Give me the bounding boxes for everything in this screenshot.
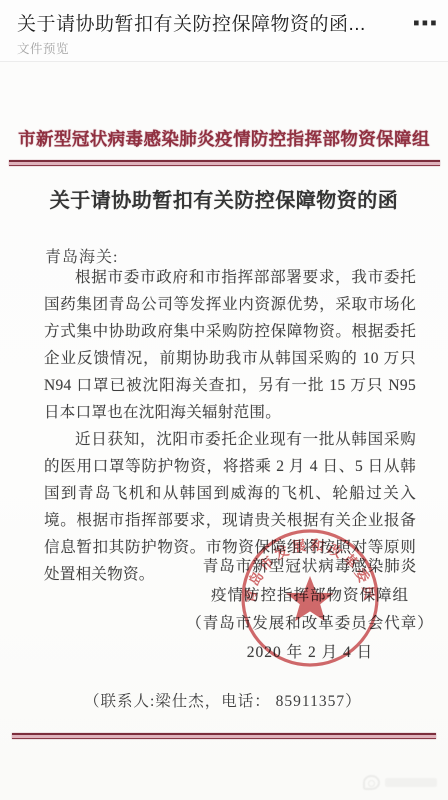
file-preview-label: 文件预览 [17,39,414,57]
watermark-text-blur [385,778,437,787]
signature-line-3: （青岛市发展和改革委员会代章） [150,610,448,639]
file-preview-screen: 关于请协助暂扣有关防控保障物资的函... 文件预览 ⋯ 市新型冠状病毒感染肺炎疫… [0,0,448,800]
file-title: 关于请协助暂扣有关防控保障物资的函... [17,9,414,36]
signature-date: 2020 年 2 月 4 日 [150,639,448,668]
app-header: 关于请协助暂扣有关防控保障物资的函... 文件预览 ⋯ [0,0,448,62]
contact-line: （联系人:梁仕杰，电话： 85911357） [84,689,362,711]
signature-block: 青岛市新型冠状病毒感染肺炎 疫情防控指挥部物资保障组 （青岛市发展和改革委员会代… [150,553,448,667]
letter-body: 根据市委市政府和市指挥部部署要求，我市委托国药集团青岛公司等发挥业内资源优势，采… [44,264,416,588]
document-title: 关于请协助暂扣有关防控保障物资的函 [0,184,448,213]
weibo-watermark [363,775,437,790]
document-page[interactable]: 市新型冠状病毒感染肺炎疫情防控指挥部物资保障组 关于请协助暂扣有关防控保障物资的… [0,62,448,800]
footer-divider [12,733,436,739]
signature-line-1: 青岛市新型冠状病毒感染肺炎 [150,553,448,582]
paragraph-1: 根据市委市政府和市指挥部部署要求，我市委托国药集团青岛公司等发挥业内资源优势，采… [44,264,416,426]
letterhead-divider [9,160,440,166]
more-options-icon[interactable]: ⋯ [412,8,448,39]
weibo-logo-icon [363,775,380,790]
signature-line-2: 疫情防控指挥部物资保障组 [150,582,448,611]
letterhead-banner: 市新型冠状病毒感染肺炎疫情防控指挥部物资保障组 [0,126,448,151]
